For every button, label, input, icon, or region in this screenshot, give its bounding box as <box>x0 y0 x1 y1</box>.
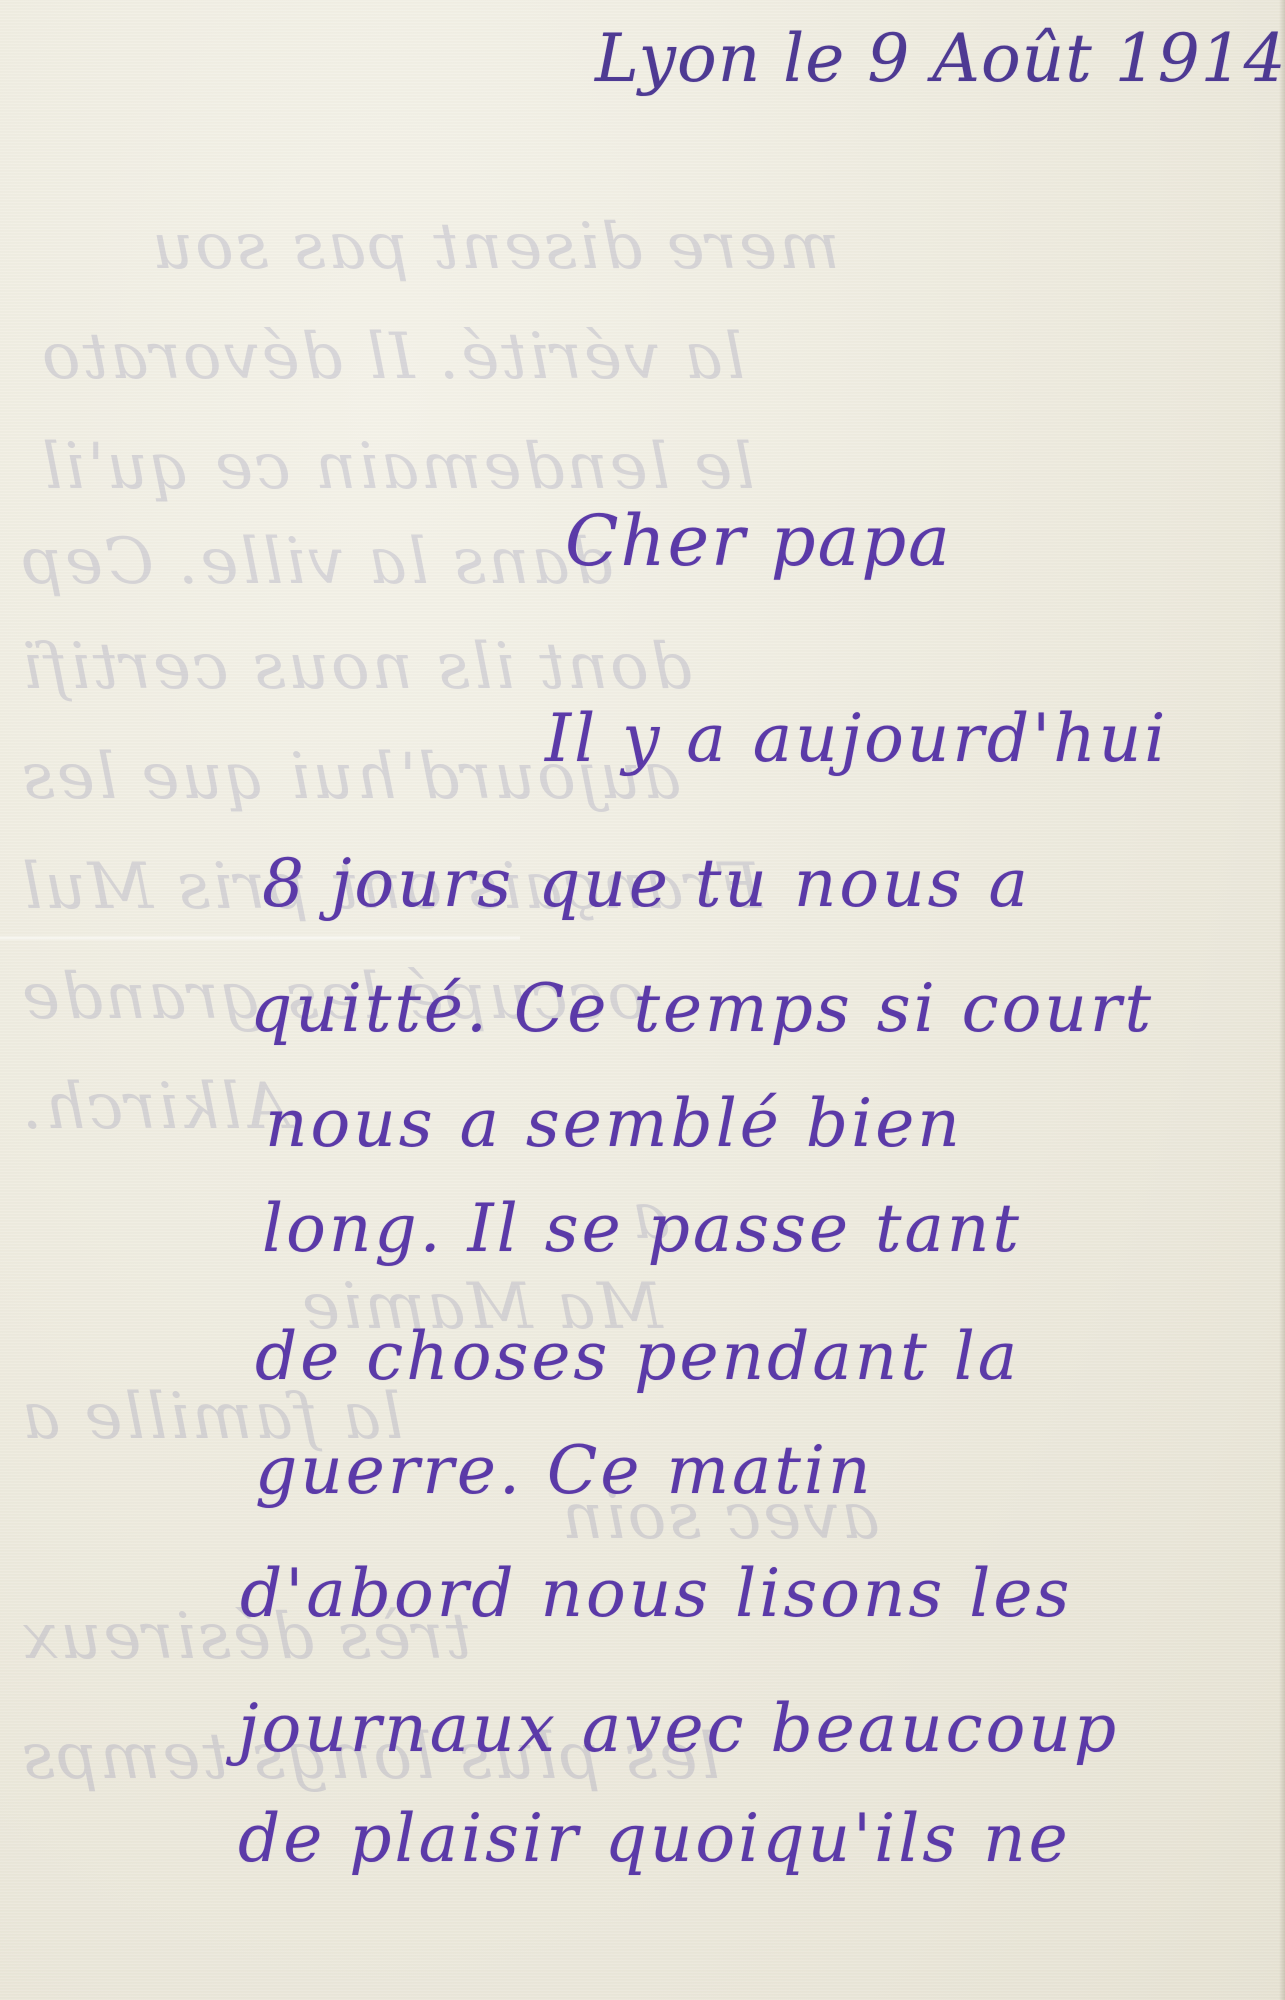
bleed-line: mere disent pas sou <box>150 210 840 284</box>
letter-body-line: Il y a aujourd'hui <box>545 700 1168 777</box>
letter-body-line: de plaisir quoiqu'ils ne <box>238 1800 1071 1877</box>
bleed-line: le lendemain ce qu'il <box>40 430 755 504</box>
letter-body-line: de choses pendant la <box>255 1318 1020 1395</box>
bleed-line: la vérité. Il dévorato <box>40 320 745 394</box>
bleed-line: Alkirch. <box>20 1070 290 1144</box>
letter-place-date: Lyon le 9 Août 1914 <box>595 20 1285 97</box>
bleed-line: dans la ville. Cep <box>20 525 612 599</box>
letter-body-line: d'abord nous lisons les <box>240 1555 1072 1632</box>
letter-body-line: guerre. Ce matin <box>255 1432 874 1509</box>
letter-body-line: journaux avec beaucoup <box>238 1690 1119 1767</box>
paper-crease <box>0 935 520 941</box>
paper-edge <box>1279 0 1285 2000</box>
letter-page: mere disent pas sou la vérité. Il dévora… <box>0 0 1285 2000</box>
letter-body-line: long. Il se passe tant <box>262 1190 1022 1267</box>
letter-body-line: quitté. Ce temps si court <box>250 970 1154 1047</box>
bleed-line: dont ils nous certifi <box>20 630 692 704</box>
letter-body-line: 8 jours que tu nous a <box>262 845 1031 922</box>
letter-salutation: Cher papa <box>565 500 952 582</box>
letter-body-line: nous a semblé bien <box>265 1085 963 1162</box>
